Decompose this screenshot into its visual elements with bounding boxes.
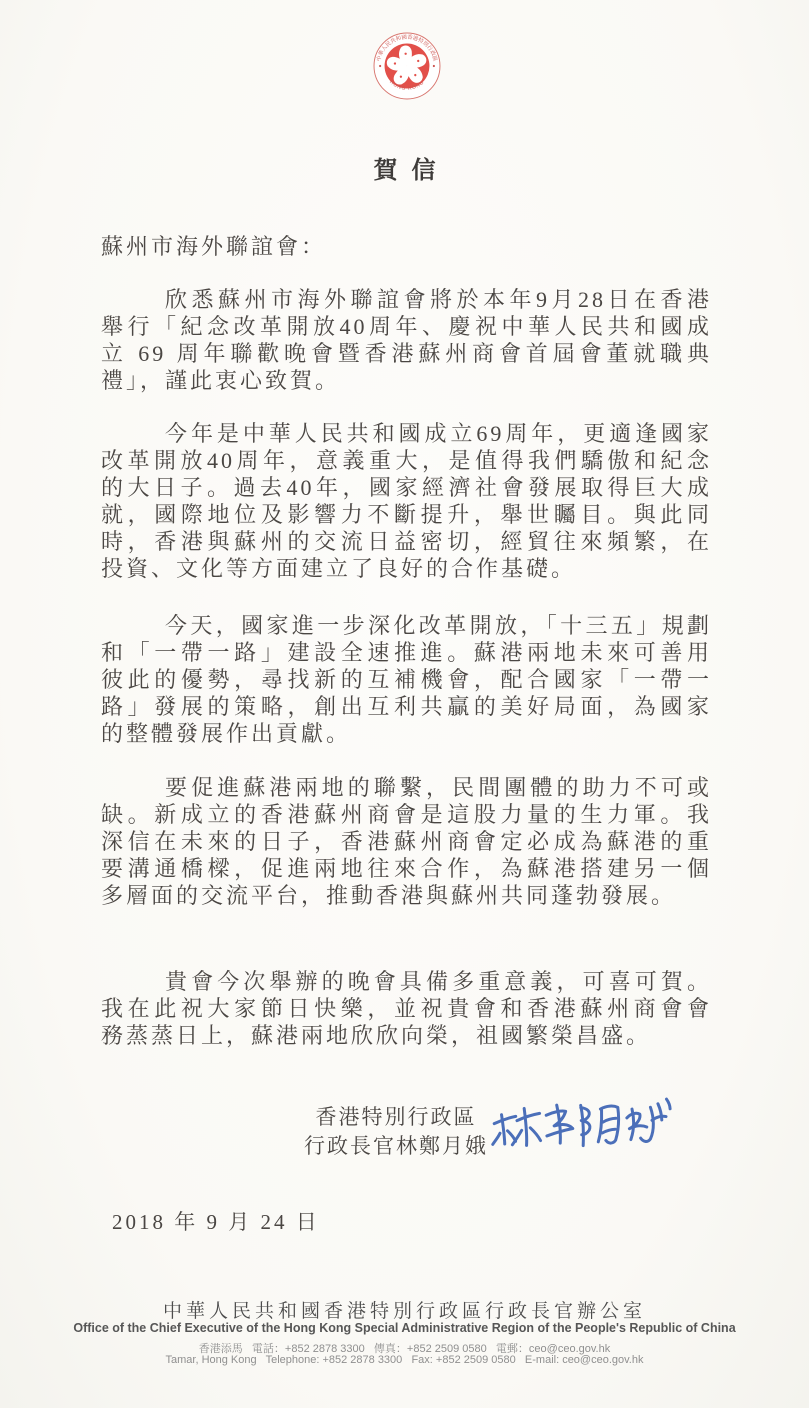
- paragraph-4: 要促進蘇港兩地的聯繫，民間團體的助力不可或 缺。新成立的香港蘇州商會是這股力量的…: [101, 774, 712, 909]
- text-line: 舉行「紀念改革開放40周年、慶祝中華人民共和國成: [101, 313, 712, 340]
- paragraph-2: 今年是中華人民共和國成立69周年，更適逢國家 改革開放40周年，意義重大，是值得…: [101, 420, 712, 582]
- text-line: 改革開放40周年，意義重大，是值得我們驕傲和紀念: [101, 447, 712, 474]
- paragraph-5: 貴會今次舉辦的晚會具備多重意義，可喜可賀。 我在此祝大家節日快樂，並祝貴會和香港…: [101, 968, 712, 1049]
- text-line: 路」發展的策略，創出互利共贏的美好局面，為國家: [101, 693, 712, 720]
- text-line: 貴會今次舉辦的晚會具備多重意義，可喜可賀。: [101, 968, 712, 995]
- letter-page: 中華人民共和國香港特別行政區 HONG KONG: [0, 0, 809, 1408]
- signing-office-block: 香港特別行政區 行政長官林鄭月娥: [300, 1103, 492, 1161]
- text-line: 欣悉蘇州市海外聯誼會將於本年9月28日在香港: [101, 286, 712, 313]
- footer-office-name-cn: 中華人民共和國香港特別行政區行政長官辦公室: [0, 1296, 809, 1323]
- salutation: 蘇州市海外聯誼會：: [101, 233, 712, 260]
- paragraph-1: 欣悉蘇州市海外聯誼會將於本年9月28日在香港 舉行「紀念改革開放40周年、慶祝中…: [101, 286, 712, 394]
- hksar-emblem-icon: 中華人民共和國香港特別行政區 HONG KONG: [373, 32, 441, 100]
- paragraph-3: 今天，國家進一步深化改革開放，「十三五」規劃 和「一帶一路」建設全速推進。蘇港兩…: [101, 612, 712, 747]
- letter-date: 2018 年 9 月 24 日: [112, 1206, 320, 1236]
- text-line: 我在此祝大家節日快樂，並祝貴會和香港蘇州商會會: [101, 995, 712, 1022]
- text-line: 缺。新成立的香港蘇州商會是這股力量的生力軍。我: [101, 801, 712, 828]
- text-line: 和「一帶一路」建設全速推進。蘇港兩地未來可善用: [101, 639, 712, 666]
- text-line: 時，香港與蘇州的交流日益密切，經貿往來頻繁，在: [101, 528, 712, 555]
- signing-office-line2: 行政長官林鄭月娥: [300, 1132, 492, 1161]
- footer-office-name-en: Office of the Chief Executive of the Hon…: [0, 1321, 809, 1335]
- text-line: 今天，國家進一步深化改革開放，「十三五」規劃: [101, 612, 712, 639]
- text-line: 立 69 周年聯歡晚會暨香港蘇州商會首屆會董就職典: [101, 340, 712, 367]
- signature-handwriting: [489, 1083, 677, 1169]
- text-line: 就，國際地位及影響力不斷提升，舉世矚目。與此同: [101, 501, 712, 528]
- footer-contact-en: Tamar, Hong Kong Telephone: +852 2878 33…: [0, 1354, 809, 1366]
- text-line: 今年是中華人民共和國成立69周年，更適逢國家: [101, 420, 712, 447]
- text-line: 要溝通橋樑，促進兩地往來合作，為蘇港搭建另一個: [101, 855, 712, 882]
- signing-office-line1: 香港特別行政區: [300, 1103, 492, 1132]
- text-line: 多層面的交流平台，推動香港與蘇州共同蓬勃發展。: [101, 882, 712, 909]
- text-line: 的大日子。過去40年，國家經濟社會發展取得巨大成: [101, 474, 712, 501]
- text-line: 彼此的優勢，尋找新的互補機會，配合國家「一帶一: [101, 666, 712, 693]
- text-line: 的整體發展作出貢獻。: [101, 720, 712, 747]
- salutation-block: 蘇州市海外聯誼會：: [101, 233, 712, 260]
- text-line: 禮」，謹此衷心致賀。: [101, 367, 712, 394]
- text-line: 務蒸蒸日上，蘇港兩地欣欣向榮，祖國繁榮昌盛。: [101, 1022, 712, 1049]
- text-line: 投資、文化等方面建立了良好的合作基礎。: [101, 555, 712, 582]
- letter-title: 賀信: [0, 150, 809, 185]
- text-line: 要促進蘇港兩地的聯繫，民間團體的助力不可或: [101, 774, 712, 801]
- text-line: 深信在未來的日子，香港蘇州商會定必成為蘇港的重: [101, 828, 712, 855]
